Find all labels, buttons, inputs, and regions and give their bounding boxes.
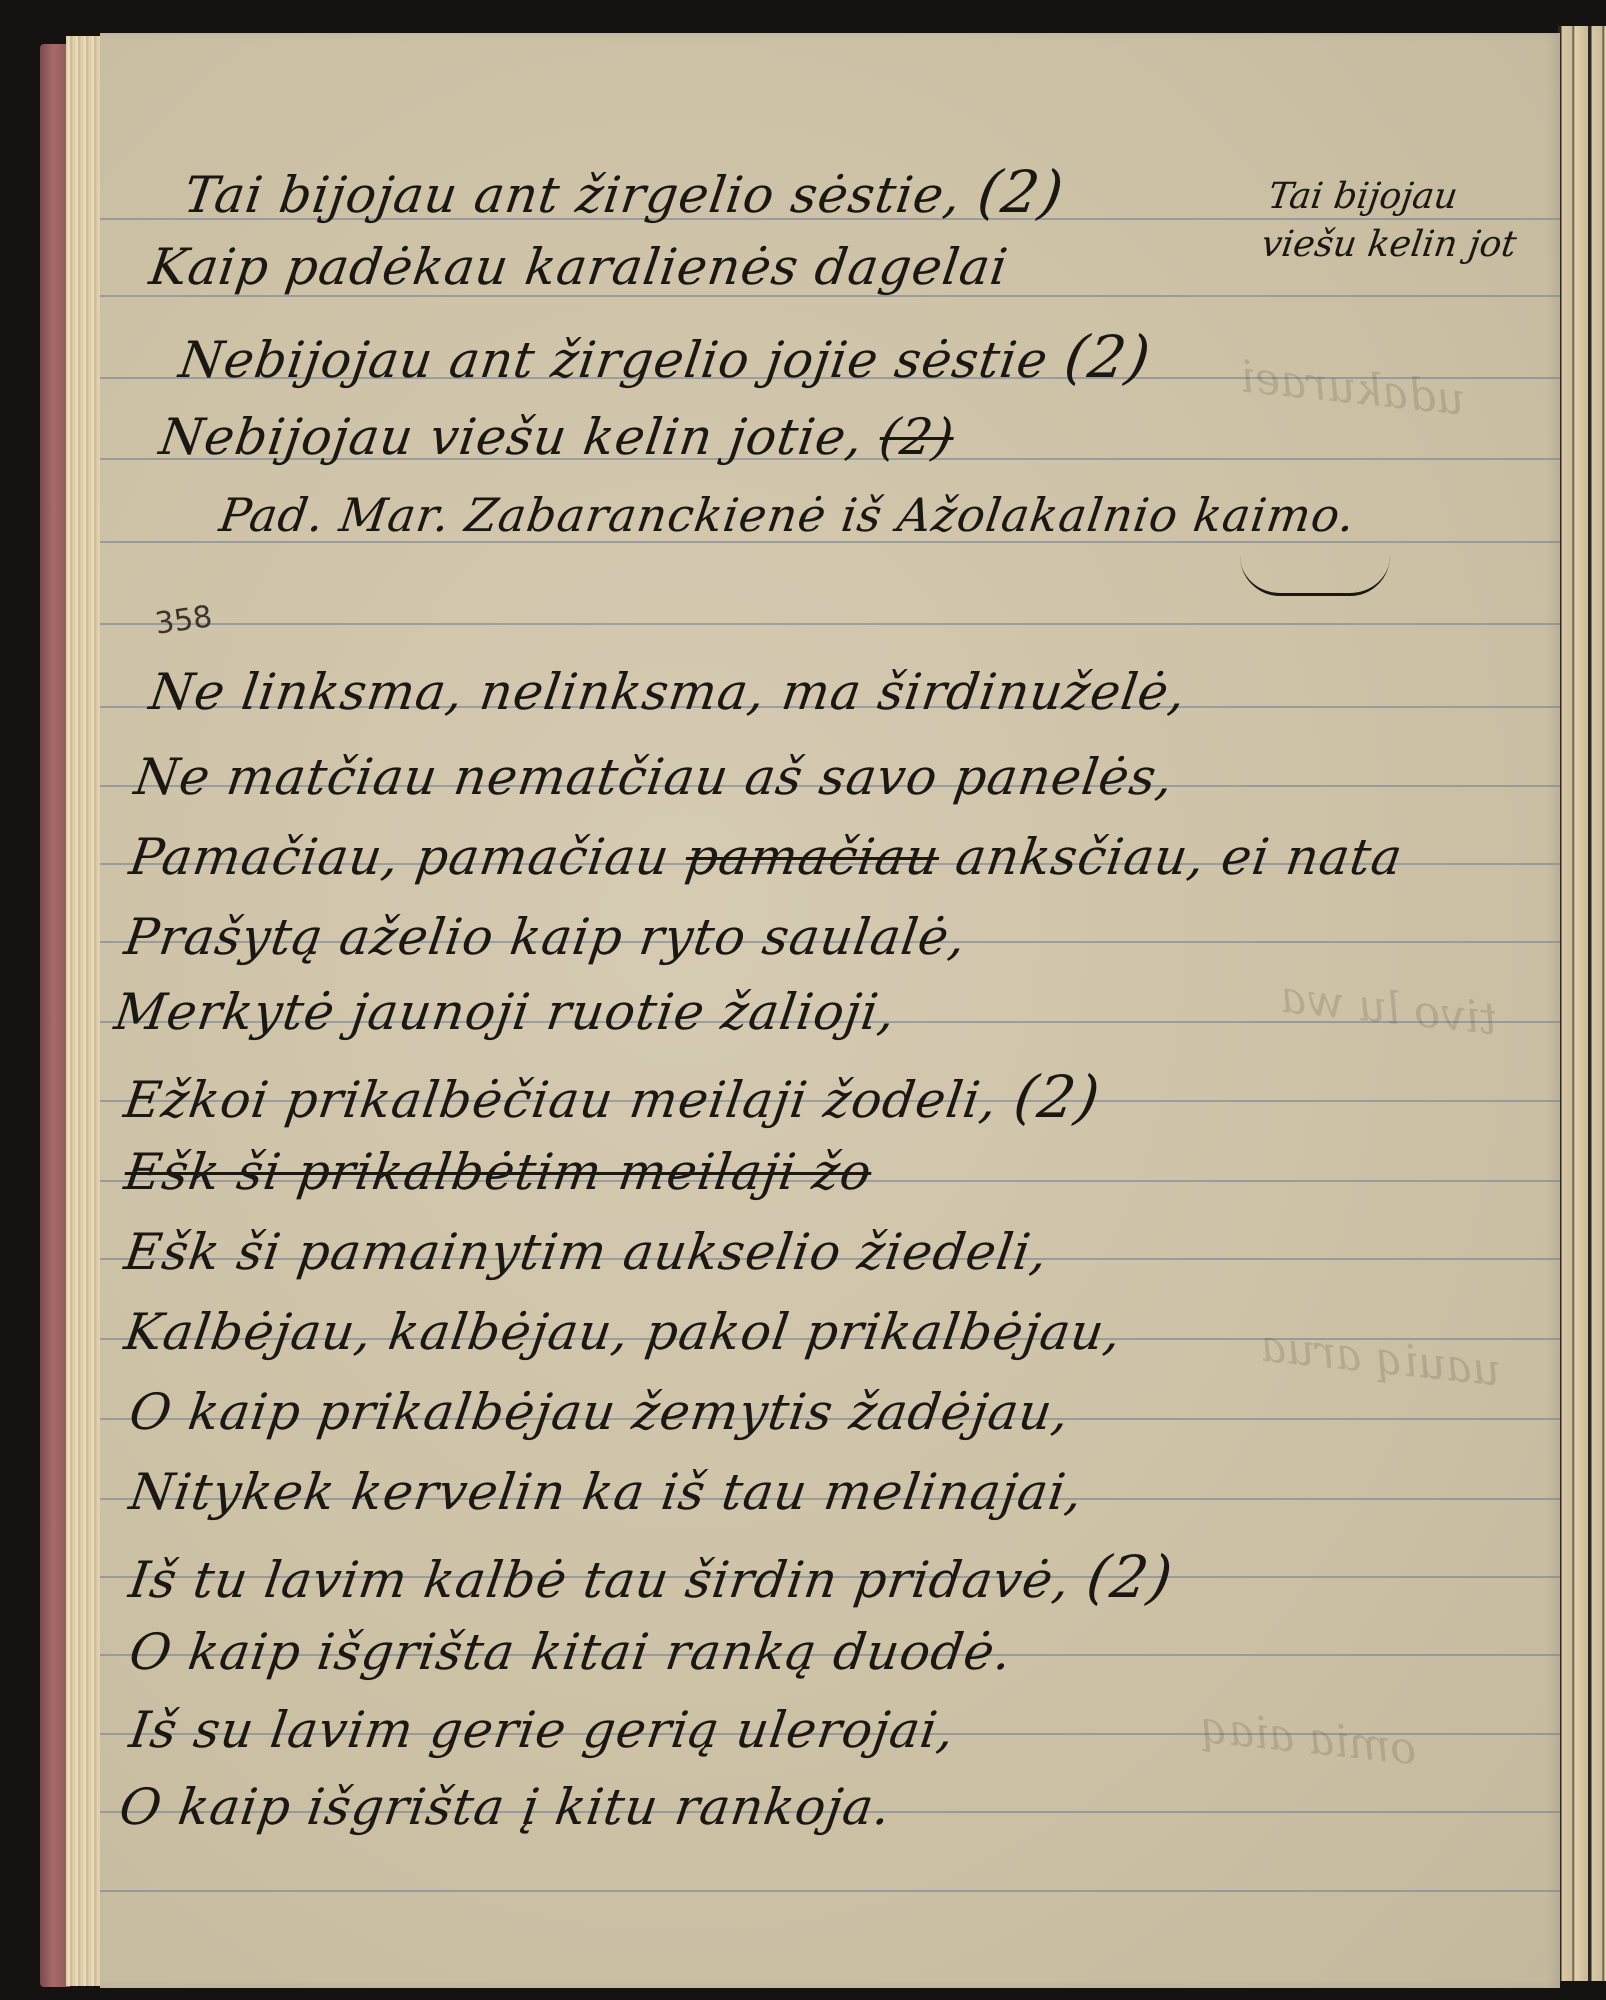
manuscript-line: Tai bijojau ant žirgelio sėstie, (2) [180, 158, 1068, 226]
ruled-line [100, 623, 1560, 625]
line-text: Ešk ši pamainytim aukselio žiedeli, [121, 1223, 1052, 1281]
manuscript-line: Nebijojau viešu kelin jotie, (2) [156, 408, 958, 466]
line-text: Kalbėjau, kalbėjau, pakol prikalbėjau, [121, 1303, 1125, 1361]
manuscript-line: Iš su lavim gerie gerią ulerojai, [126, 1701, 959, 1759]
manuscript-line: Merkytė jaunoji ruotie žalioji, [111, 983, 900, 1041]
line-text: Ne linksma, nelinksma, ma širdinuželė, [146, 663, 1190, 721]
repeat-mark: (2) [1083, 1543, 1178, 1611]
struck-text: pamačiau [682, 828, 943, 886]
manuscript-line: O kaip išgrišta į kitu rankoja. [116, 1778, 895, 1836]
manuscript-line: Ne matčiau nematčiau aš savo panelės, [131, 748, 1177, 806]
line-text: Pamačiau, pamačiau [126, 828, 673, 886]
bleed-through-text: udakuraei [1238, 351, 1467, 425]
page-stack-right [1558, 26, 1606, 1981]
line-text: Prašytą aželio kaip ryto saulalė, [121, 908, 970, 966]
line-text: Ne matčiau nematčiau aš savo panelės, [131, 748, 1177, 806]
line-text: O kaip prikalbėjau žemytis žadėjau, [126, 1383, 1073, 1441]
struck-text: (2) [876, 408, 958, 466]
manuscript-line: Kaip padėkau karalienės dagelai [146, 238, 1012, 296]
line-text: Nebijojau ant žirgelio jojie sėstie [176, 331, 1052, 389]
bleed-through-text: omia aiaq [1198, 1702, 1419, 1775]
manuscript-line-struck: Ešk ši prikalbėtim meilaji žo [121, 1143, 876, 1201]
flourish [1240, 553, 1390, 596]
bleed-through-text: uauiq arua [1258, 1321, 1503, 1397]
line-text: Nitykek kervelin ka iš tau melinajai, [126, 1463, 1087, 1521]
manuscript-line: Ežkoi prikalbėčiau meilaji žodeli, (2) [120, 1063, 1104, 1131]
manuscript-line: O kaip prikalbėjau žemytis žadėjau, [126, 1383, 1073, 1441]
manuscript-line: Nebijojau ant žirgelio jojie sėstie (2) [175, 323, 1155, 391]
repeat-mark: (2) [1060, 323, 1155, 391]
marginal-note: Tai bijojau viešu kelin jot [1258, 173, 1541, 269]
manuscript-line: O kaip išgrišta kitai ranką duodė. [126, 1623, 1016, 1681]
line-text: anksčiau, ei nata [952, 828, 1406, 886]
manuscript-line: Kalbėjau, kalbėjau, pakol prikalbėjau, [121, 1303, 1125, 1361]
repeat-mark: (2) [974, 158, 1069, 226]
line-text: Nebijojau viešu kelin jotie, [156, 408, 867, 466]
line-text: Merkytė jaunoji ruotie žalioji, [111, 983, 900, 1041]
bleed-through-text: tivo lu wa [1278, 972, 1500, 1045]
line-text: O kaip išgrišta kitai ranką duodė. [126, 1623, 1016, 1681]
line-text: Iš su lavim gerie gerią ulerojai, [126, 1701, 959, 1759]
line-text: Tai bijojau ant žirgelio sėstie, [181, 166, 966, 224]
line-text: Ešk ši prikalbėtim meilaji žo [121, 1143, 876, 1201]
manuscript-line: Nitykek kervelin ka iš tau melinajai, [126, 1463, 1087, 1521]
manuscript-line: Iš tu lavim kalbė tau širdin pridavė, (2… [125, 1543, 1177, 1611]
ruled-line [100, 1890, 1560, 1892]
line-text: O kaip išgrišta į kitu rankoja. [116, 1778, 895, 1836]
attribution: Pad. Mar. Zabaranckienė iš Ažolakalnio k… [216, 488, 1359, 542]
manuscript-line: Prašytą aželio kaip ryto saulalė, [121, 908, 970, 966]
manuscript-line: Ne linksma, nelinksma, ma širdinuželė, [146, 663, 1190, 721]
line-text: Iš tu lavim kalbė tau širdin pridavė, [126, 1551, 1075, 1609]
line-text: Kaip padėkau karalienės dagelai [146, 238, 1012, 296]
repeat-mark: (2) [1010, 1063, 1105, 1131]
notebook-page: udakuraei tivo lu wa uauiq arua omia aia… [100, 33, 1560, 1988]
line-text: Ežkoi prikalbėčiau meilaji žodeli, [121, 1071, 1002, 1129]
manuscript-line: Pamačiau, pamačiau pamačiau anksčiau, ei… [126, 828, 1406, 886]
song-number: 358 [153, 599, 215, 642]
manuscript-line: Ešk ši pamainytim aukselio žiedeli, [121, 1223, 1052, 1281]
page-stack-left [66, 36, 102, 1986]
